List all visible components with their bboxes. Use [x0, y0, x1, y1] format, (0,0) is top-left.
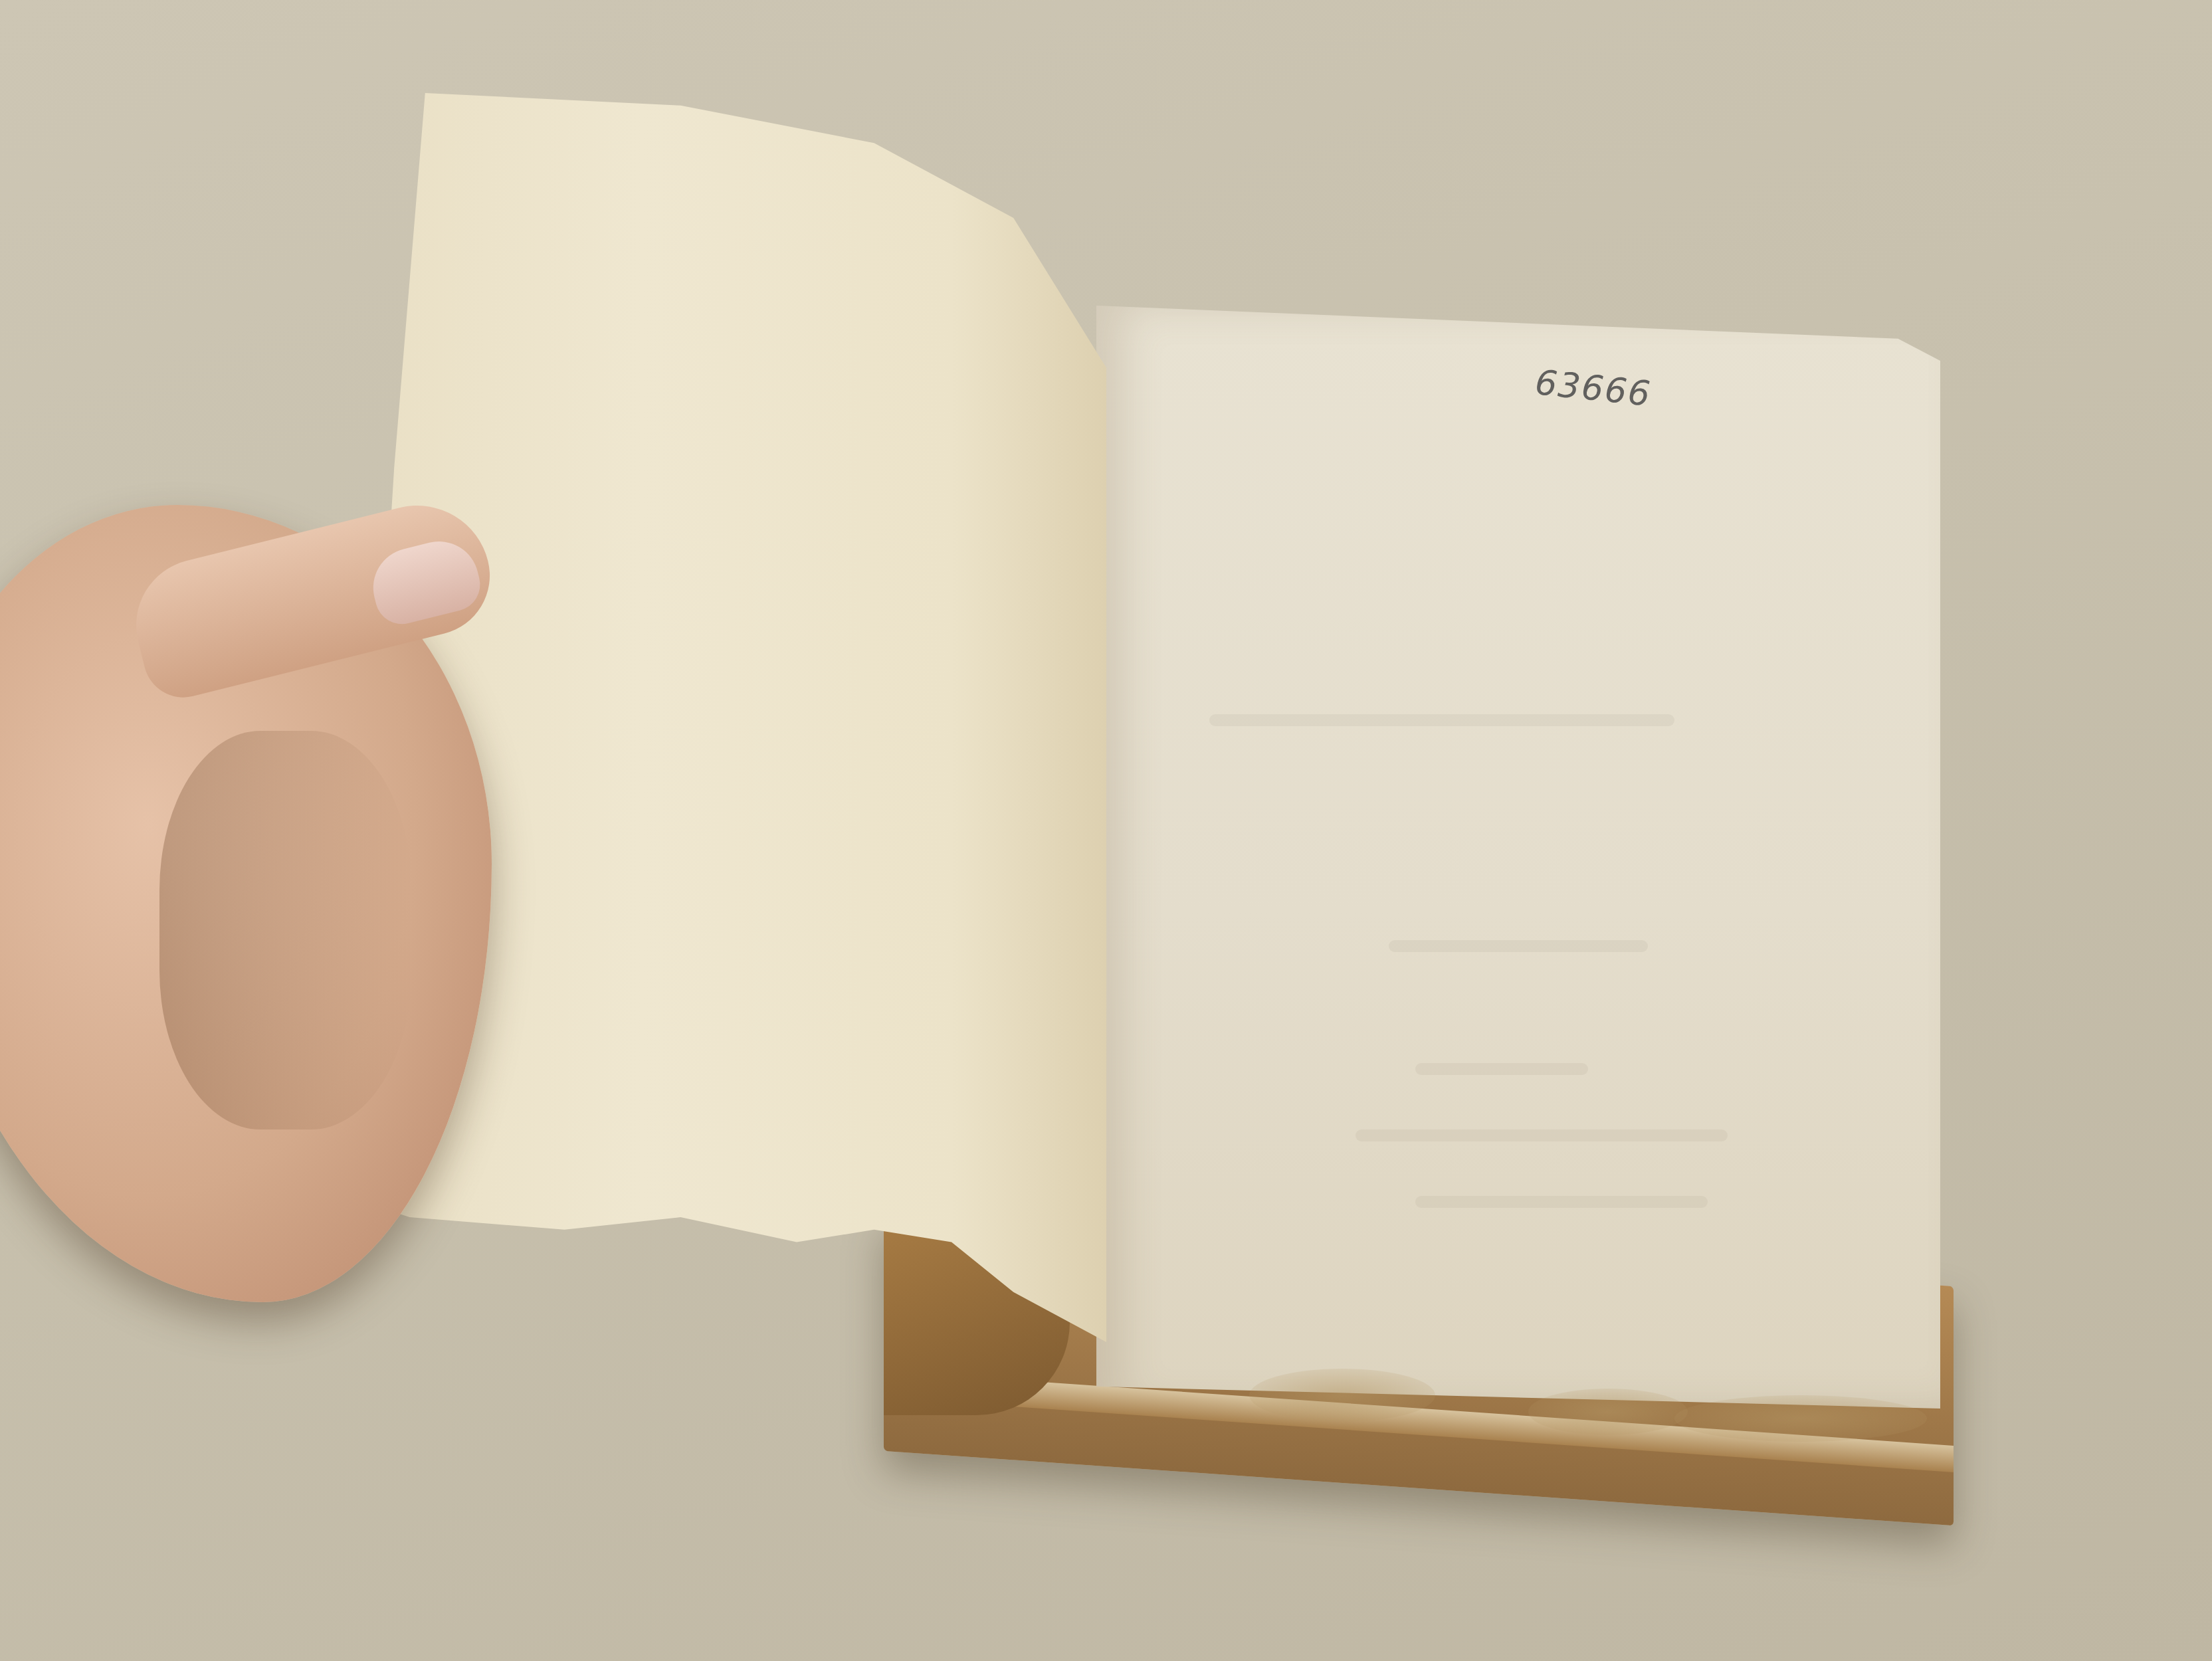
faint-showthrough-text: [1415, 1196, 1708, 1208]
faint-showthrough-text: [1209, 714, 1674, 726]
right-page: [1096, 306, 1940, 1409]
water-stain: [1528, 1389, 1688, 1435]
photo-scene: 63666: [0, 0, 2212, 1661]
water-stain: [1249, 1369, 1435, 1422]
faint-showthrough-text: [1389, 940, 1648, 952]
faint-showthrough-text: [1415, 1063, 1588, 1075]
faint-showthrough-text: [1356, 1129, 1728, 1141]
finger-shadow: [159, 731, 412, 1129]
water-stain: [1674, 1395, 1927, 1442]
